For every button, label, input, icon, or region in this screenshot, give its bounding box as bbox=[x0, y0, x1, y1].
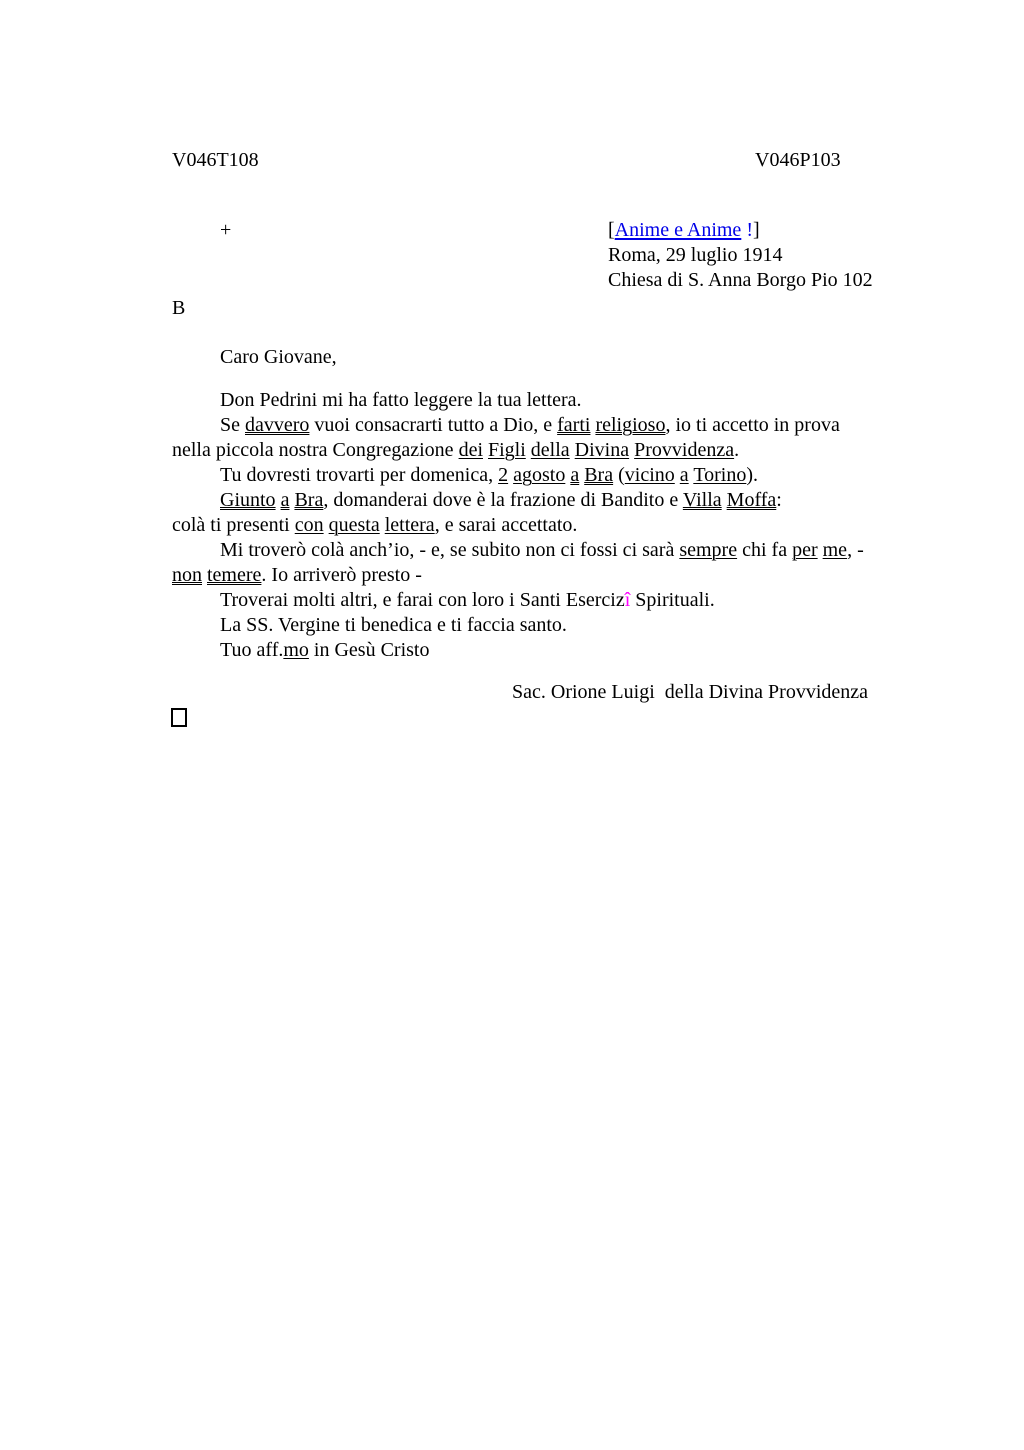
letterhead-block: [Anime e Anime !]Roma, 29 luglio 1914Chi… bbox=[608, 218, 873, 293]
underlined-text: vicino bbox=[625, 464, 675, 486]
body-line: Mi troverò colà anch’io, - e, se subito … bbox=[172, 538, 942, 563]
text-segment: vuoi consacrarti tutto a Dio, e bbox=[309, 414, 557, 436]
text-segment: Mi troverò colà anch’io, - e, se subito … bbox=[220, 539, 679, 561]
text-segment: , domanderai dove è la frazione di Bandi… bbox=[323, 489, 683, 511]
text-segment: Spirituali. bbox=[630, 589, 714, 611]
underlined-text: 2 bbox=[498, 464, 508, 486]
underlined-text: farti bbox=[557, 414, 590, 436]
underlined-text: ! bbox=[741, 219, 753, 241]
text-segment: La SS. Vergine ti benedica e ti faccia s… bbox=[220, 614, 567, 636]
underlined-text: con bbox=[295, 514, 324, 536]
letterhead-line: Chiesa di S. Anna Borgo Pio 102 bbox=[608, 268, 873, 293]
empty-box-glyph bbox=[171, 708, 187, 727]
underlined-text: non bbox=[172, 564, 202, 586]
underlined-text: Moffa bbox=[727, 489, 777, 511]
body-line: La SS. Vergine ti benedica e ti faccia s… bbox=[172, 613, 942, 638]
salutation: Caro Giovane, bbox=[220, 345, 337, 370]
text-segment: ] bbox=[753, 219, 760, 241]
underlined-text: a bbox=[680, 464, 689, 486]
text-segment: Chiesa di S. Anna Borgo Pio 102 bbox=[608, 269, 873, 291]
text-segment: nella piccola nostra Congregazione bbox=[172, 439, 459, 461]
body-line: Se davvero vuoi consacrarti tutto a Dio,… bbox=[172, 413, 942, 438]
underlined-text: mo bbox=[283, 639, 309, 661]
signature-line: Sac. Orione Luigi della Divina Provviden… bbox=[512, 680, 868, 705]
text-segment: , io ti accetto in prova bbox=[665, 414, 839, 436]
text-segment: Tu dovresti trovarti per domenica, bbox=[220, 464, 498, 486]
text-segment: , - bbox=[847, 539, 864, 561]
underlined-text: questa bbox=[329, 514, 380, 536]
body-line: Giunto a Bra, domanderai dove è la frazi… bbox=[172, 488, 942, 513]
cross-plus-sign: + bbox=[220, 218, 231, 243]
text-segment: Se bbox=[220, 414, 245, 436]
letter-body: Don Pedrini mi ha fatto leggere la tua l… bbox=[172, 388, 942, 663]
underlined-text: me bbox=[823, 539, 847, 561]
body-line: Tuo aff.mo in Gesù Cristo bbox=[172, 638, 942, 663]
text-segment: ( bbox=[613, 464, 625, 486]
underlined-text: religioso bbox=[595, 414, 665, 436]
anime-e-anime-link[interactable]: Anime e Anime bbox=[615, 219, 742, 241]
body-line: non temere. Io arriverò presto - bbox=[172, 563, 942, 588]
body-line: nella piccola nostra Congregazione dei F… bbox=[172, 438, 942, 463]
underlined-text: Bra bbox=[584, 464, 613, 486]
body-line: Troverai molti altri, e farai con loro i… bbox=[172, 588, 942, 613]
underlined-text: Giunto bbox=[220, 489, 276, 511]
text-segment: Troverai molti altri, e farai con loro i… bbox=[220, 589, 625, 611]
underlined-text: Villa bbox=[683, 489, 722, 511]
text-segment: ). bbox=[746, 464, 758, 486]
body-line: colà ti presenti con questa lettera, e s… bbox=[172, 513, 942, 538]
text-segment: Don Pedrini mi ha fatto leggere la tua l… bbox=[220, 389, 582, 411]
text-segment: : bbox=[776, 489, 782, 511]
underlined-text: Figli bbox=[488, 439, 526, 461]
letterhead-line: Roma, 29 luglio 1914 bbox=[608, 243, 873, 268]
underlined-text: agosto bbox=[513, 464, 565, 486]
underlined-text: Divina bbox=[575, 439, 629, 461]
body-line: Don Pedrini mi ha fatto leggere la tua l… bbox=[172, 388, 942, 413]
underlined-text: davvero bbox=[245, 414, 309, 436]
text-segment: colà ti presenti bbox=[172, 514, 295, 536]
text-segment: chi fa bbox=[737, 539, 792, 561]
text-segment: , e sarai accettato. bbox=[435, 514, 578, 536]
body-line: Tu dovresti trovarti per domenica, 2 ago… bbox=[172, 463, 942, 488]
underlined-text: temere bbox=[207, 564, 261, 586]
margin-letter-b: B bbox=[172, 296, 185, 321]
header-code-left: V046T108 bbox=[172, 148, 259, 173]
text-segment: [ bbox=[608, 219, 615, 241]
underlined-text: lettera bbox=[385, 514, 435, 536]
underlined-text: della bbox=[531, 439, 570, 461]
header-code-right: V046P103 bbox=[755, 148, 841, 173]
text-segment: . bbox=[734, 439, 739, 461]
underlined-text: sempre bbox=[679, 539, 737, 561]
text-segment: Roma, 29 luglio 1914 bbox=[608, 244, 782, 266]
underlined-text: Bra bbox=[294, 489, 323, 511]
underlined-text: Provvidenza bbox=[634, 439, 734, 461]
document-page: V046T108 V046P103 + [Anime e Anime !]Rom… bbox=[0, 0, 1024, 1450]
text-segment: Tuo aff. bbox=[220, 639, 283, 661]
letterhead-line: [Anime e Anime !] bbox=[608, 218, 873, 243]
underlined-text: dei bbox=[459, 439, 483, 461]
text-segment: . Io arriverò presto - bbox=[261, 564, 422, 586]
underlined-text: Torino bbox=[693, 464, 746, 486]
text-segment: in Gesù Cristo bbox=[309, 639, 430, 661]
underlined-text: a bbox=[570, 464, 579, 486]
underlined-text: per bbox=[792, 539, 818, 561]
